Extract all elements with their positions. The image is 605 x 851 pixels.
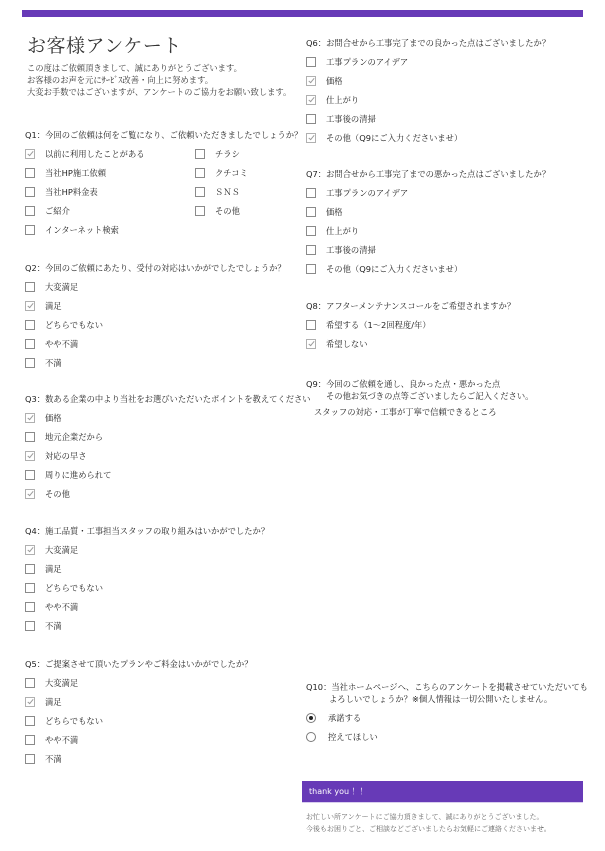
option-label: 価格: [326, 206, 343, 218]
thank-you-line: お忙しい所アンケートにご協力頂きまして、誠にありがとうございました。: [306, 811, 551, 823]
question-q1: Q1：今回のご依頼は何をご覧になり、ご依頼いただきましたでしょうか？ 以前に利用…: [25, 129, 302, 239]
thank-you-line: 今後もお困りごと、ご相談などございましたらお気軽にご連絡くださいませ。: [306, 823, 551, 835]
option-label: 周りに進められて: [45, 469, 111, 481]
thank-you-banner: thank you ！！: [302, 781, 583, 803]
question-q7: Q7：お問合せから工事完了までの悪かった点はございましたか？ 工事プランのアイデ…: [306, 168, 550, 278]
intro-line: 大変お手数ではございますが、アンケートのご協力をお願い致します。: [27, 86, 291, 98]
checkbox-checked[interactable]: [25, 413, 35, 423]
question-q3: Q3：数ある企業の中より当社をお選びいただいたポイントを教えてください 価格 地…: [25, 393, 311, 503]
checkbox-checked[interactable]: [306, 76, 316, 86]
checkbox-checked[interactable]: [25, 149, 35, 159]
checkbox[interactable]: [195, 206, 205, 216]
intro-line: この度はご依頼頂きまして、誠にありがとうございます。: [27, 62, 291, 74]
option-label: 不満: [45, 620, 62, 632]
option-label: 希望しない: [326, 338, 368, 350]
question-label: Q1：今回のご依頼は何をご覧になり、ご依頼いただきましたでしょうか？: [25, 129, 302, 141]
option-label: 不満: [45, 753, 62, 765]
option-label: ご紹介: [45, 205, 70, 217]
option-label: その他: [215, 205, 240, 217]
option-dissatisfied[interactable]: 不満: [25, 749, 253, 768]
option-other[interactable]: その他（Q9にご入力くださいませ）: [306, 259, 550, 278]
option-satisfied[interactable]: 満足: [25, 692, 253, 711]
question-label-line2: よろしいでしょうか？※個人情報は一切公開いたしません。: [306, 693, 588, 705]
question-label: Q5：ご提案させて頂いたプランやご料金はいかがでしたか？: [25, 658, 253, 670]
checkbox[interactable]: [25, 432, 35, 442]
thank-you-message: お忙しい所アンケートにご協力頂きまして、誠にありがとうございました。 今後もお困…: [306, 811, 551, 835]
option-list: 大変満足 満足 どちらでもない やや不満 不満: [25, 540, 269, 635]
option-very-satisfied[interactable]: 大変満足: [25, 540, 269, 559]
question-q2: Q2：今回のご依頼にあたり、受付の対応はいかがでしたでしょうか？ 大変満足 満足…: [25, 262, 286, 372]
header-accent-bar: [22, 10, 583, 17]
option-neutral[interactable]: どちらでもない: [25, 578, 269, 597]
option-no-call[interactable]: 希望しない: [306, 334, 515, 353]
option-label: 仕上がり: [326, 225, 359, 237]
option-plan-idea[interactable]: 工事プランのアイデア: [306, 52, 550, 71]
option-finish[interactable]: 仕上がり: [306, 221, 550, 240]
option-recommended[interactable]: 周りに進められて: [25, 465, 311, 484]
option-label: 以前に利用したことがある: [45, 148, 145, 160]
option-flyer[interactable]: チラシ: [195, 144, 295, 163]
question-label-line1: Q9：今回のご依頼を通し、良かった点・悪かった点: [306, 379, 500, 389]
checkbox[interactable]: [306, 207, 316, 217]
checkbox[interactable]: [195, 187, 205, 197]
option-label: 当社HP料金表: [45, 186, 98, 198]
option-other[interactable]: その他（Q9にご入力くださいませ）: [306, 128, 550, 147]
option-consent[interactable]: 承諾する: [306, 708, 588, 727]
checkbox[interactable]: [25, 206, 35, 216]
option-label: 満足: [45, 563, 62, 575]
option-dissatisfied[interactable]: 不満: [25, 353, 286, 372]
checkbox-checked[interactable]: [25, 697, 35, 707]
option-label: どちらでもない: [45, 319, 103, 331]
question-label-line1: Q10：当社ホームページへ、こちらのアンケートを掲載させていただいても: [306, 682, 588, 692]
question-q4: Q4：施工品質・工事担当スタッフの取り組みはいかがでしたか？ 大変満足 満足 ど…: [25, 525, 269, 635]
question-label: Q4：施工品質・工事担当スタッフの取り組みはいかがでしたか？: [25, 525, 269, 537]
checkbox-checked[interactable]: [306, 95, 316, 105]
checkbox[interactable]: [306, 188, 316, 198]
option-other[interactable]: その他: [195, 201, 295, 220]
checkbox[interactable]: [306, 114, 316, 124]
checkbox-checked[interactable]: [25, 301, 35, 311]
checkbox[interactable]: [25, 754, 35, 764]
option-label: 満足: [45, 696, 62, 708]
question-q5: Q5：ご提案させて頂いたプランやご料金はいかがでしたか？ 大変満足 満足 どちら…: [25, 658, 253, 768]
checkbox[interactable]: [306, 245, 316, 255]
option-somewhat-dissatisfied[interactable]: やや不満: [25, 730, 253, 749]
question-label: Q8：アフターメンテナンスコールをご希望されますか？: [306, 300, 515, 312]
radio-selected[interactable]: [306, 713, 316, 723]
checkbox[interactable]: [25, 716, 35, 726]
question-label: Q3：数ある企業の中より当社をお選びいただいたポイントを教えてください: [25, 393, 311, 405]
checkbox[interactable]: [195, 149, 205, 159]
option-somewhat-dissatisfied[interactable]: やや不満: [25, 334, 286, 353]
option-label: 承諾する: [328, 712, 361, 724]
option-label: やや不満: [45, 338, 78, 350]
option-label: 大変満足: [45, 677, 78, 689]
checkbox[interactable]: [25, 602, 35, 612]
option-sns[interactable]: ＳＮＳ: [195, 182, 295, 201]
option-label: 控えてほしい: [328, 731, 378, 743]
option-label: 価格: [326, 75, 343, 87]
option-plan-idea[interactable]: 工事プランのアイデア: [306, 183, 550, 202]
checkbox[interactable]: [306, 264, 316, 274]
question-q10: Q10：当社ホームページへ、こちらのアンケートを掲載させていただいても よろしい…: [306, 681, 588, 746]
option-want-call[interactable]: 希望する（1～2回程度/年）: [306, 315, 515, 334]
radio-group: 承諾する 控えてほしい: [306, 708, 588, 746]
option-price[interactable]: 価格: [25, 408, 311, 427]
option-label: 仕上がり: [326, 94, 359, 106]
checkbox[interactable]: [25, 564, 35, 574]
option-label: どちらでもない: [45, 582, 103, 594]
option-internet-search[interactable]: インターネット検索: [25, 220, 195, 239]
option-list: 大変満足 満足 どちらでもない やや不満 不満: [25, 277, 286, 372]
checkbox[interactable]: [25, 282, 35, 292]
option-very-satisfied[interactable]: 大変満足: [25, 277, 286, 296]
checkbox[interactable]: [25, 735, 35, 745]
checkbox[interactable]: [25, 678, 35, 688]
option-satisfied[interactable]: 満足: [25, 296, 286, 315]
checkbox[interactable]: [25, 583, 35, 593]
option-label: どちらでもない: [45, 715, 103, 727]
option-list: 希望する（1～2回程度/年） 希望しない: [306, 315, 515, 353]
option-label: 価格: [45, 412, 62, 424]
question-q6: Q6：お問合せから工事完了までの良かった点はございましたか？ 工事プランのアイデ…: [306, 37, 550, 147]
option-label: 希望する（1～2回程度/年）: [326, 319, 431, 331]
option-label: その他（Q9にご入力くださいませ）: [326, 132, 462, 144]
option-hp-construction[interactable]: 当社HP施工依頼: [25, 163, 195, 182]
option-local-company[interactable]: 地元企業だから: [25, 427, 311, 446]
checkbox[interactable]: [25, 187, 35, 197]
option-price[interactable]: 価格: [306, 71, 550, 90]
radio[interactable]: [306, 732, 316, 742]
option-label: やや不満: [45, 734, 78, 746]
option-list: 工事プランのアイデア 価格 仕上がり 工事後の清掃 その他（Q9にご入力ください…: [306, 183, 550, 278]
option-label: 満足: [45, 300, 62, 312]
option-decline[interactable]: 控えてほしい: [306, 727, 588, 746]
option-label: 地元企業だから: [45, 431, 103, 443]
checkbox[interactable]: [25, 358, 35, 368]
option-list: 工事プランのアイデア 価格 仕上がり 工事後の清掃 その他（Q9にご入力ください…: [306, 52, 550, 147]
option-label: 大変満足: [45, 281, 78, 293]
option-label: 当社HP施工依頼: [45, 167, 106, 179]
option-list: 価格 地元企業だから 対応の早さ 周りに進められて その他: [25, 408, 311, 503]
question-q8: Q8：アフターメンテナンスコールをご希望されますか？ 希望する（1～2回程度/年…: [306, 300, 515, 353]
free-text-answer[interactable]: スタッフの対応・工事が丁寧で信頼できるところ: [306, 406, 533, 418]
option-neutral[interactable]: どちらでもない: [25, 711, 253, 730]
checkbox[interactable]: [25, 470, 35, 480]
option-hp-pricing[interactable]: 当社HP料金表: [25, 182, 195, 201]
intro-line: お客様のお声を元にｻｰﾋﾞｽ改善・向上に努めます。: [27, 74, 291, 86]
question-label-line2: その他お気づきの点等ございましたらご記入ください。: [306, 390, 533, 402]
option-list: 大変満足 満足 どちらでもない やや不満 不満: [25, 673, 253, 768]
checkbox-checked[interactable]: [25, 545, 35, 555]
checkbox[interactable]: [306, 226, 316, 236]
option-dissatisfied[interactable]: 不満: [25, 616, 269, 635]
checkbox[interactable]: [25, 621, 35, 631]
option-neutral[interactable]: どちらでもない: [25, 315, 286, 334]
checkbox[interactable]: [195, 168, 205, 178]
option-label: やや不満: [45, 601, 78, 613]
option-label: 対応の早さ: [45, 450, 87, 462]
option-label: 工事プランのアイデア: [326, 187, 408, 199]
option-price[interactable]: 価格: [306, 202, 550, 221]
checkbox[interactable]: [25, 339, 35, 349]
option-list: 以前に利用したことがある チラシ 当社HP施工依頼 クチコミ 当社HP料金表 Ｓ…: [25, 144, 302, 239]
option-satisfied[interactable]: 満足: [25, 559, 269, 578]
checkbox[interactable]: [25, 168, 35, 178]
option-referral[interactable]: ご紹介: [25, 201, 195, 220]
intro-text: この度はご依頼頂きまして、誠にありがとうございます。 お客様のお声を元にｻｰﾋﾞ…: [27, 62, 291, 98]
checkbox-checked[interactable]: [306, 133, 316, 143]
question-q9: Q9：今回のご依頼を通し、良かった点・悪かった点 その他お気づきの点等ございまし…: [306, 378, 533, 418]
option-cleanup[interactable]: 工事後の清掃: [306, 240, 550, 259]
option-label: 大変満足: [45, 544, 78, 556]
option-label: 工事後の清掃: [326, 244, 376, 256]
option-label: ＳＮＳ: [215, 186, 240, 198]
option-cleanup[interactable]: 工事後の清掃: [306, 109, 550, 128]
checkbox[interactable]: [25, 225, 35, 235]
option-label: その他: [45, 488, 70, 500]
option-previous-use[interactable]: 以前に利用したことがある: [25, 144, 195, 163]
option-label: 工事後の清掃: [326, 113, 376, 125]
checkbox-checked[interactable]: [306, 339, 316, 349]
question-label: Q10：当社ホームページへ、こちらのアンケートを掲載させていただいても よろしい…: [306, 681, 588, 705]
option-finish[interactable]: 仕上がり: [306, 90, 550, 109]
option-label: インターネット検索: [45, 224, 119, 236]
option-very-satisfied[interactable]: 大変満足: [25, 673, 253, 692]
option-somewhat-dissatisfied[interactable]: やや不満: [25, 597, 269, 616]
question-label: Q2：今回のご依頼にあたり、受付の対応はいかがでしたでしょうか？: [25, 262, 286, 274]
question-label: Q6：お問合せから工事完了までの良かった点はございましたか？: [306, 37, 550, 49]
option-quick-response[interactable]: 対応の早さ: [25, 446, 311, 465]
question-label: Q7：お問合せから工事完了までの悪かった点はございましたか？: [306, 168, 550, 180]
checkbox[interactable]: [25, 320, 35, 330]
question-label: Q9：今回のご依頼を通し、良かった点・悪かった点 その他お気づきの点等ございまし…: [306, 378, 533, 402]
option-other[interactable]: その他: [25, 484, 311, 503]
checkbox-checked[interactable]: [25, 489, 35, 499]
checkbox[interactable]: [306, 320, 316, 330]
option-label: 工事プランのアイデア: [326, 56, 408, 68]
page-title: お客様アンケート: [27, 31, 182, 58]
option-label: その他（Q9にご入力くださいませ）: [326, 263, 462, 275]
option-label: 不満: [45, 357, 62, 369]
checkbox[interactable]: [306, 57, 316, 67]
option-label: クチコミ: [215, 167, 248, 179]
option-label: チラシ: [215, 148, 240, 160]
option-word-of-mouth[interactable]: クチコミ: [195, 163, 295, 182]
checkbox-checked[interactable]: [25, 451, 35, 461]
